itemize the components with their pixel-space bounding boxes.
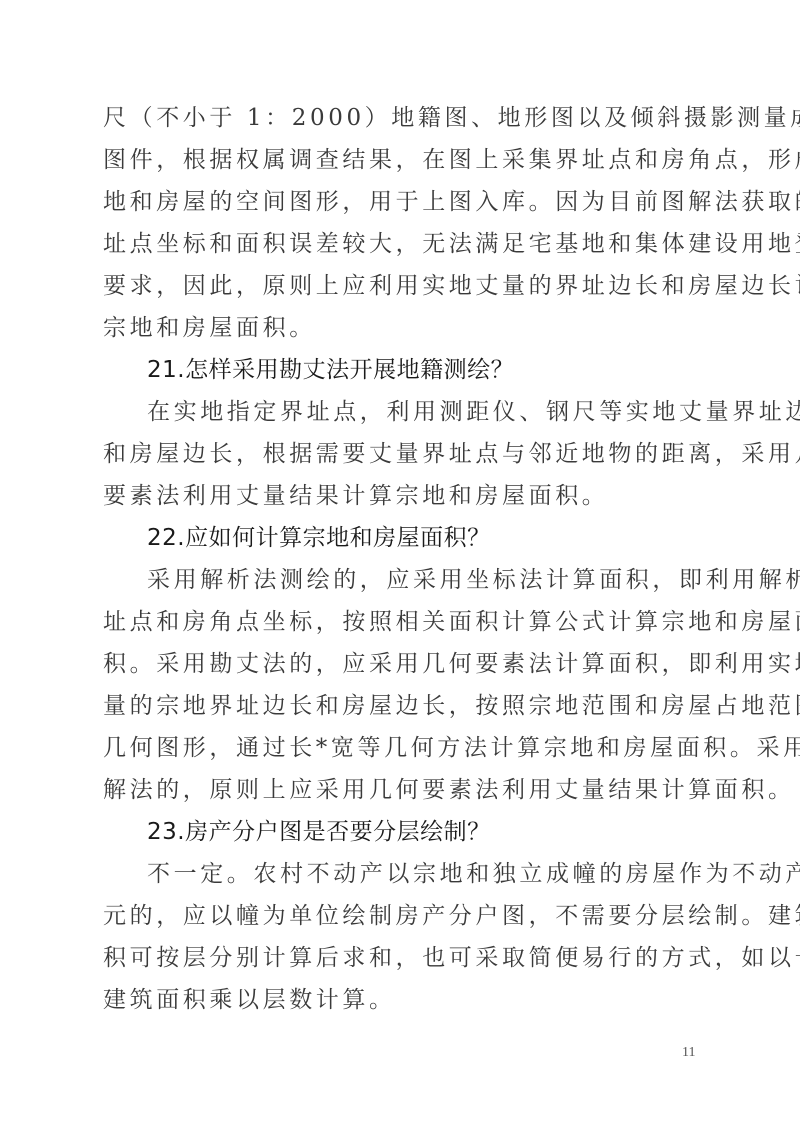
body-text-line: 地和房屋的空间图形，用于上图入库。因为目前图解法获取的界 [103, 181, 703, 223]
question-heading-23: 23.房产分户图是否要分层绘制？ [103, 811, 703, 853]
body-text-line: 采用解析法测绘的，应采用坐标法计算面积，即利用解析界 [103, 559, 703, 601]
body-text-line: 元的，应以幢为单位绘制房产分户图，不需要分层绘制。建筑面 [103, 895, 703, 937]
body-text-line: 图件，根据权属调查结果，在图上采集界址点和房角点，形成宗 [103, 139, 703, 181]
body-text-line: 要素法利用丈量结果计算宗地和房屋面积。 [103, 475, 703, 517]
body-text-line: 不一定。农村不动产以宗地和独立成幢的房屋作为不动产单 [103, 853, 703, 895]
question-heading-21: 21.怎样采用勘丈法开展地籍测绘？ [103, 349, 703, 391]
body-text-line: 量的宗地界址边长和房屋边长，按照宗地范围和房屋占地范围的 [103, 685, 703, 727]
body-text-line: 和房屋边长，根据需要丈量界址点与邻近地物的距离，采用几何 [103, 433, 703, 475]
question-heading-22: 22.应如何计算宗地和房屋面积？ [103, 517, 703, 559]
body-text-line: 址点和房角点坐标，按照相关面积计算公式计算宗地和房屋面 [103, 601, 703, 643]
body-text-line: 尺（不小于 1：2000）地籍图、地形图以及倾斜摄影测量成果等 [103, 97, 703, 139]
body-text-line: 宗地和房屋面积。 [103, 307, 703, 349]
page-number: 11 [682, 1045, 695, 1061]
body-text-line: 在实地指定界址点，利用测距仪、钢尺等实地丈量界址边长 [103, 391, 703, 433]
body-text-line: 址点坐标和面积误差较大，无法满足宅基地和集体建设用地登记 [103, 223, 703, 265]
body-text-line: 建筑面积乘以层数计算。 [103, 979, 703, 1021]
body-text-line: 解法的，原则上应采用几何要素法利用丈量结果计算面积。 [103, 769, 703, 811]
body-text-line: 积可按层分别计算后求和，也可采取简便易行的方式，如以一层 [103, 937, 703, 979]
body-text-line: 积。采用勘丈法的，应采用几何要素法计算面积，即利用实地丈 [103, 643, 703, 685]
body-text-line: 几何图形，通过长*宽等几何方法计算宗地和房屋面积。采用图 [103, 727, 703, 769]
body-text-line: 要求，因此，原则上应利用实地丈量的界址边长和房屋边长计算 [103, 265, 703, 307]
document-page: 尺（不小于 1：2000）地籍图、地形图以及倾斜摄影测量成果等 图件，根据权属调… [103, 97, 703, 1021]
